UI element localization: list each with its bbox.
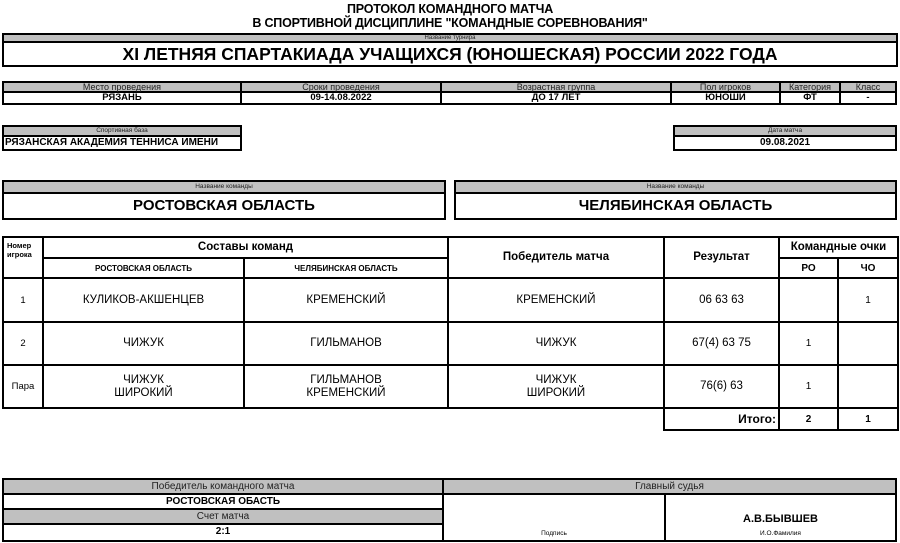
row-result: 06 63 63 <box>664 278 779 322</box>
tournament-label: Название турнира <box>4 35 896 43</box>
category-value: ФТ <box>781 93 839 103</box>
team-match-winner-box: Победитель командного матча РОСТОВСКАЯ О… <box>2 478 444 542</box>
match-date-value: 09.08.2021 <box>675 137 895 149</box>
header-cho: ЧО <box>838 258 898 278</box>
row-po: 1 <box>779 365 838 408</box>
row-team2-player: ГИЛЬМАНОВКРЕМЕНСКИЙ <box>244 365 448 408</box>
team2-box: Название команды ЧЕЛЯБИНСКАЯ ОБЛАСТЬ <box>454 180 897 220</box>
header-po: РО <box>779 258 838 278</box>
score-value: 2:1 <box>4 525 442 540</box>
gender-value: ЮНОШИ <box>672 93 779 103</box>
header-team2: ЧЕЛЯБИНСКАЯ ОБЛАСТЬ <box>244 258 448 278</box>
dates-box: Сроки проведения 09-14.08.2022 <box>242 81 442 105</box>
age-group-box: Возрастная группа ДО 17 ЛЕТ <box>442 81 672 105</box>
judge-name-field: А.В.БЫВШЕВ И.О.Фамилия <box>666 495 895 540</box>
total-cho: 1 <box>838 408 898 430</box>
row-team2-player: КРЕМЕНСКИЙ <box>244 278 448 322</box>
header-team-points: Командные очки <box>779 237 898 258</box>
header-team1: РОСТОВСКАЯ ОБЛАСТЬ <box>43 258 244 278</box>
total-row: Итого: 2 1 <box>3 408 898 430</box>
tournament-box: Название турнира XI ЛЕТНЯЯ СПАРТАКИАДА У… <box>2 33 898 67</box>
row-winner: ЧИЖУК <box>448 322 664 365</box>
sports-base-label: Спортивная база <box>4 127 240 137</box>
winner-value: РОСТОВСКАЯ ОБАСТЬ <box>4 495 442 510</box>
table-row: Пара ЧИЖУКШИРОКИЙ ГИЛЬМАНОВКРЕМЕНСКИЙ ЧИ… <box>3 365 898 408</box>
sports-base-value: РЯЗАНСКАЯ АКАДЕМИЯ ТЕННИСА ИМЕНИ <box>4 137 240 149</box>
document-subtitle: В СПОРТИВНОЙ ДИСЦИПЛИНЕ "КОМАНДНЫЕ СОРЕВ… <box>0 16 900 31</box>
row-player-no: Пара <box>3 365 43 408</box>
row-team1-player: ЧИЖУК <box>43 322 244 365</box>
signature-field: Подпись <box>444 495 666 540</box>
document-title: ПРОТОКОЛ КОМАНДНОГО МАТЧА <box>0 2 900 17</box>
row-winner: КРЕМЕНСКИЙ <box>448 278 664 322</box>
match-date-label: Дата матча <box>675 127 895 137</box>
dates-value: 09-14.08.2022 <box>242 93 440 103</box>
category-box: Категория ФТ <box>781 81 841 105</box>
row-player-no: 2 <box>3 322 43 365</box>
header-player-no: Номер игрока <box>3 237 43 278</box>
score-label: Счет матча <box>4 510 442 525</box>
class-box: Класс - <box>841 81 897 105</box>
team1-box: Название команды РОСТОВСКАЯ ОБЛАСТЬ <box>2 180 446 220</box>
table-row: 1 КУЛИКОВ-АКШЕНЦЕВ КРЕМЕНСКИЙ КРЕМЕНСКИЙ… <box>3 278 898 322</box>
row-player-no: 1 <box>3 278 43 322</box>
header-winner: Победитель матча <box>448 237 664 278</box>
row-winner: ЧИЖУКШИРОКИЙ <box>448 365 664 408</box>
row-cho <box>838 365 898 408</box>
matches-table: Номер игрока Составы команд Победитель м… <box>2 236 899 431</box>
gender-box: Пол игроков ЮНОШИ <box>672 81 781 105</box>
total-label: Итого: <box>664 408 779 430</box>
row-team2-player: ГИЛЬМАНОВ <box>244 322 448 365</box>
row-po: 1 <box>779 322 838 365</box>
chief-judge-box: Главный судья Подпись А.В.БЫВШЕВ И.О.Фам… <box>444 478 897 542</box>
venue-box: Место проведения РЯЗАНЬ <box>2 81 242 105</box>
winner-label: Победитель командного матча <box>4 480 442 495</box>
judge-label: Главный судья <box>444 480 895 495</box>
team2-label: Название команды <box>456 182 895 194</box>
class-value: - <box>841 93 895 103</box>
table-row: 2 ЧИЖУК ГИЛЬМАНОВ ЧИЖУК 67(4) 63 75 1 <box>3 322 898 365</box>
age-group-value: ДО 17 ЛЕТ <box>442 93 670 103</box>
row-result: 76(6) 63 <box>664 365 779 408</box>
venue-value: РЯЗАНЬ <box>4 93 240 103</box>
name-label: И.О.Фамилия <box>666 530 895 537</box>
team1-label: Название команды <box>4 182 444 194</box>
header-result: Результат <box>664 237 779 278</box>
row-cho: 1 <box>838 278 898 322</box>
tournament-name: XI ЛЕТНЯЯ СПАРТАКИАДА УЧАЩИХСЯ (ЮНОШЕСКА… <box>4 43 896 65</box>
signature-label: Подпись <box>444 530 664 537</box>
judge-name: А.В.БЫВШЕВ <box>666 513 895 525</box>
team2-name: ЧЕЛЯБИНСКАЯ ОБЛАСТЬ <box>456 194 895 218</box>
row-cho <box>838 322 898 365</box>
match-date-box: Дата матча 09.08.2021 <box>673 125 897 151</box>
team1-name: РОСТОВСКАЯ ОБЛАСТЬ <box>4 194 444 218</box>
row-team1-player: КУЛИКОВ-АКШЕНЦЕВ <box>43 278 244 322</box>
row-result: 67(4) 63 75 <box>664 322 779 365</box>
header-rosters: Составы команд <box>43 237 448 258</box>
row-po <box>779 278 838 322</box>
sports-base-box: Спортивная база РЯЗАНСКАЯ АКАДЕМИЯ ТЕННИ… <box>2 125 242 151</box>
row-team1-player: ЧИЖУКШИРОКИЙ <box>43 365 244 408</box>
total-po: 2 <box>779 408 838 430</box>
